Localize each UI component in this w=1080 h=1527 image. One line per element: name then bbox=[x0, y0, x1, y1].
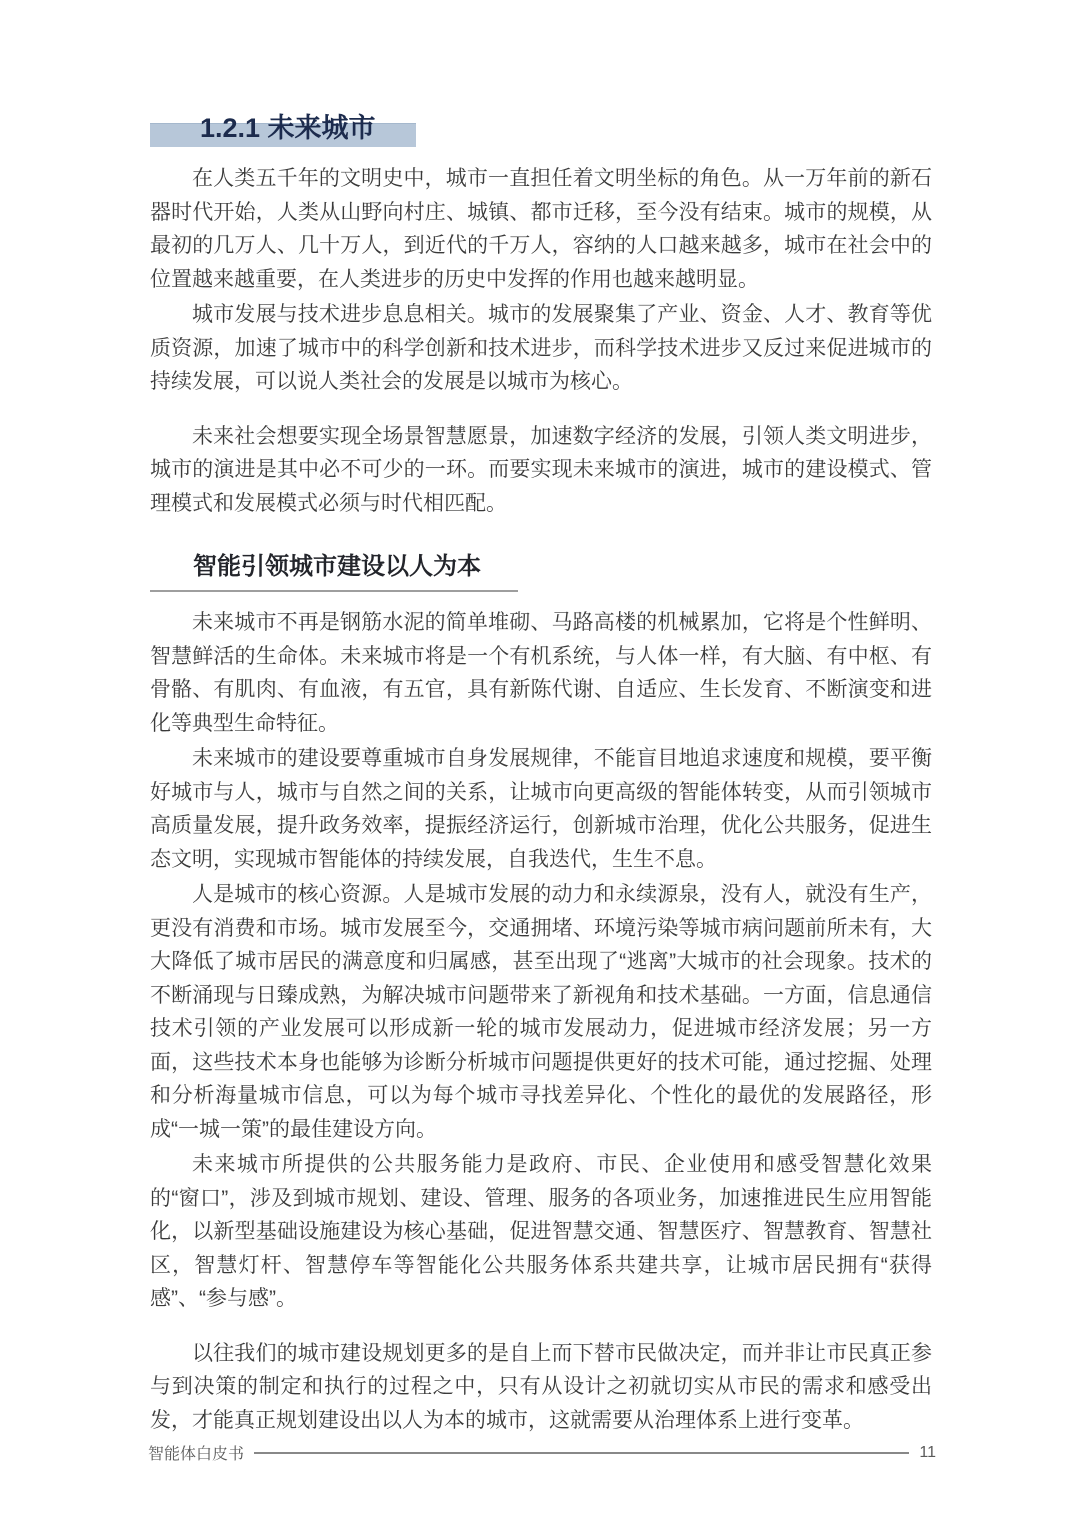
page-footer: 智能体白皮书 11 bbox=[148, 1441, 936, 1464]
subsection-title: 智能引领城市建设以人为本 bbox=[150, 546, 518, 592]
page-content: 1.2.1 未来城市 在人类五千年的文明史中，城市一直担任着文明坐标的角色。从一… bbox=[150, 104, 932, 1437]
document-page: 1.2.1 未来城市 在人类五千年的文明史中，城市一直担任着文明坐标的角色。从一… bbox=[0, 0, 1080, 1527]
paragraph-section-4: 未来城市所提供的公共服务能力是政府、市民、企业使用和感受智慧化效果的“窗口”，涉… bbox=[150, 1148, 932, 1316]
paragraph-intro-2: 城市发展与技术进步息息相关。城市的发展聚集了产业、资金、人才、教育等优质资源，加… bbox=[150, 298, 932, 399]
paragraph-intro-1: 在人类五千年的文明史中，城市一直担任着文明坐标的角色。从一万年前的新石器时代开始… bbox=[150, 162, 932, 296]
footer-doc-title: 智能体白皮书 bbox=[148, 1441, 244, 1464]
paragraph-section-1: 未来城市不再是钢筋水泥的简单堆砌、马路高楼的机械累加，它将是个性鲜明、智慧鲜活的… bbox=[150, 606, 932, 740]
paragraph-intro-3: 未来社会想要实现全场景智慧愿景，加速数字经济的发展，引领人类文明进步，城市的演进… bbox=[150, 420, 932, 521]
paragraph-section-3: 人是城市的核心资源。人是城市发展的动力和永续源泉，没有人，就没有生产，更没有消费… bbox=[150, 878, 932, 1146]
paragraph-section-2: 未来城市的建设要尊重城市自身发展规律，不能盲目地追求速度和规模，要平衡好城市与人… bbox=[150, 742, 932, 876]
page-title: 1.2.1 未来城市 bbox=[200, 106, 376, 145]
page-number: 11 bbox=[919, 1444, 936, 1462]
paragraph-section-5: 以往我们的城市建设规划更多的是自上而下替市民做决定，而并非让市民真正参与到决策的… bbox=[150, 1337, 932, 1438]
section-heading-block: 1.2.1 未来城市 bbox=[150, 104, 932, 150]
footer-divider-line bbox=[254, 1452, 909, 1454]
